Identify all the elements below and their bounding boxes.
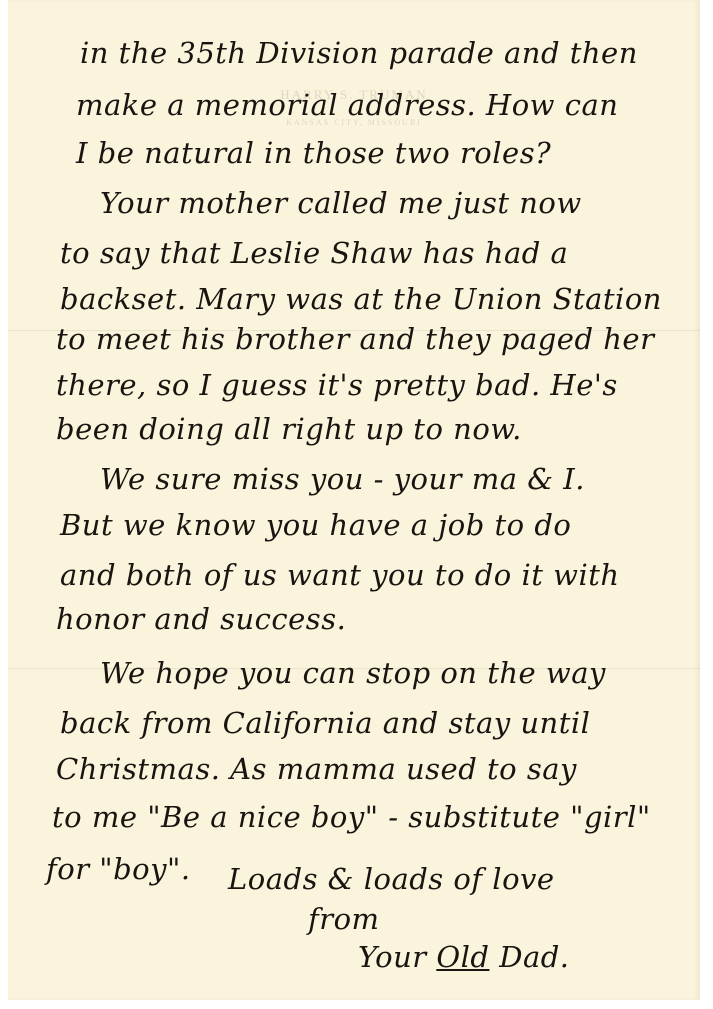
signature-dad: Dad.	[499, 940, 569, 974]
text-line: Christmas. As mamma used to say	[56, 752, 577, 786]
text-line: I be natural in those two roles?	[76, 136, 551, 170]
text-line: make a memorial address. How can	[76, 88, 618, 122]
closing-loads: Loads & loads of love	[228, 862, 555, 896]
text-line: to me "Be a nice boy" - substitute "girl…	[52, 800, 651, 834]
text-line: for "boy".	[46, 852, 191, 886]
text-line: to say that Leslie Shaw has had a	[60, 236, 568, 270]
text-line: in the 35th Division parade and then	[80, 36, 638, 70]
text-line: Your mother called me just now	[100, 186, 582, 220]
closing-from: from	[308, 902, 380, 936]
text-line: honor and success.	[56, 602, 346, 636]
text-line: been doing all right up to now.	[56, 412, 522, 446]
text-line: backset. Mary was at the Union Station	[60, 282, 662, 316]
signature-your: Your	[358, 940, 427, 974]
text-line: back from California and stay until	[60, 706, 590, 740]
text-line: and both of us want you to do it with	[60, 558, 620, 592]
text-line: But we know you have a job to do	[60, 508, 571, 542]
text-line: We hope you can stop on the way	[100, 656, 606, 690]
text-line: there, so I guess it's pretty bad. He's	[56, 368, 618, 402]
signature-old: Old	[436, 940, 489, 974]
letter-page: HARRY S. TRUMAN KANSAS CITY, MISSOURI in…	[8, 0, 700, 1000]
signature: Your Old Dad.	[358, 940, 570, 974]
text-line: We sure miss you - your ma & I.	[100, 462, 585, 496]
text-line: to meet his brother and they paged her	[56, 322, 654, 356]
